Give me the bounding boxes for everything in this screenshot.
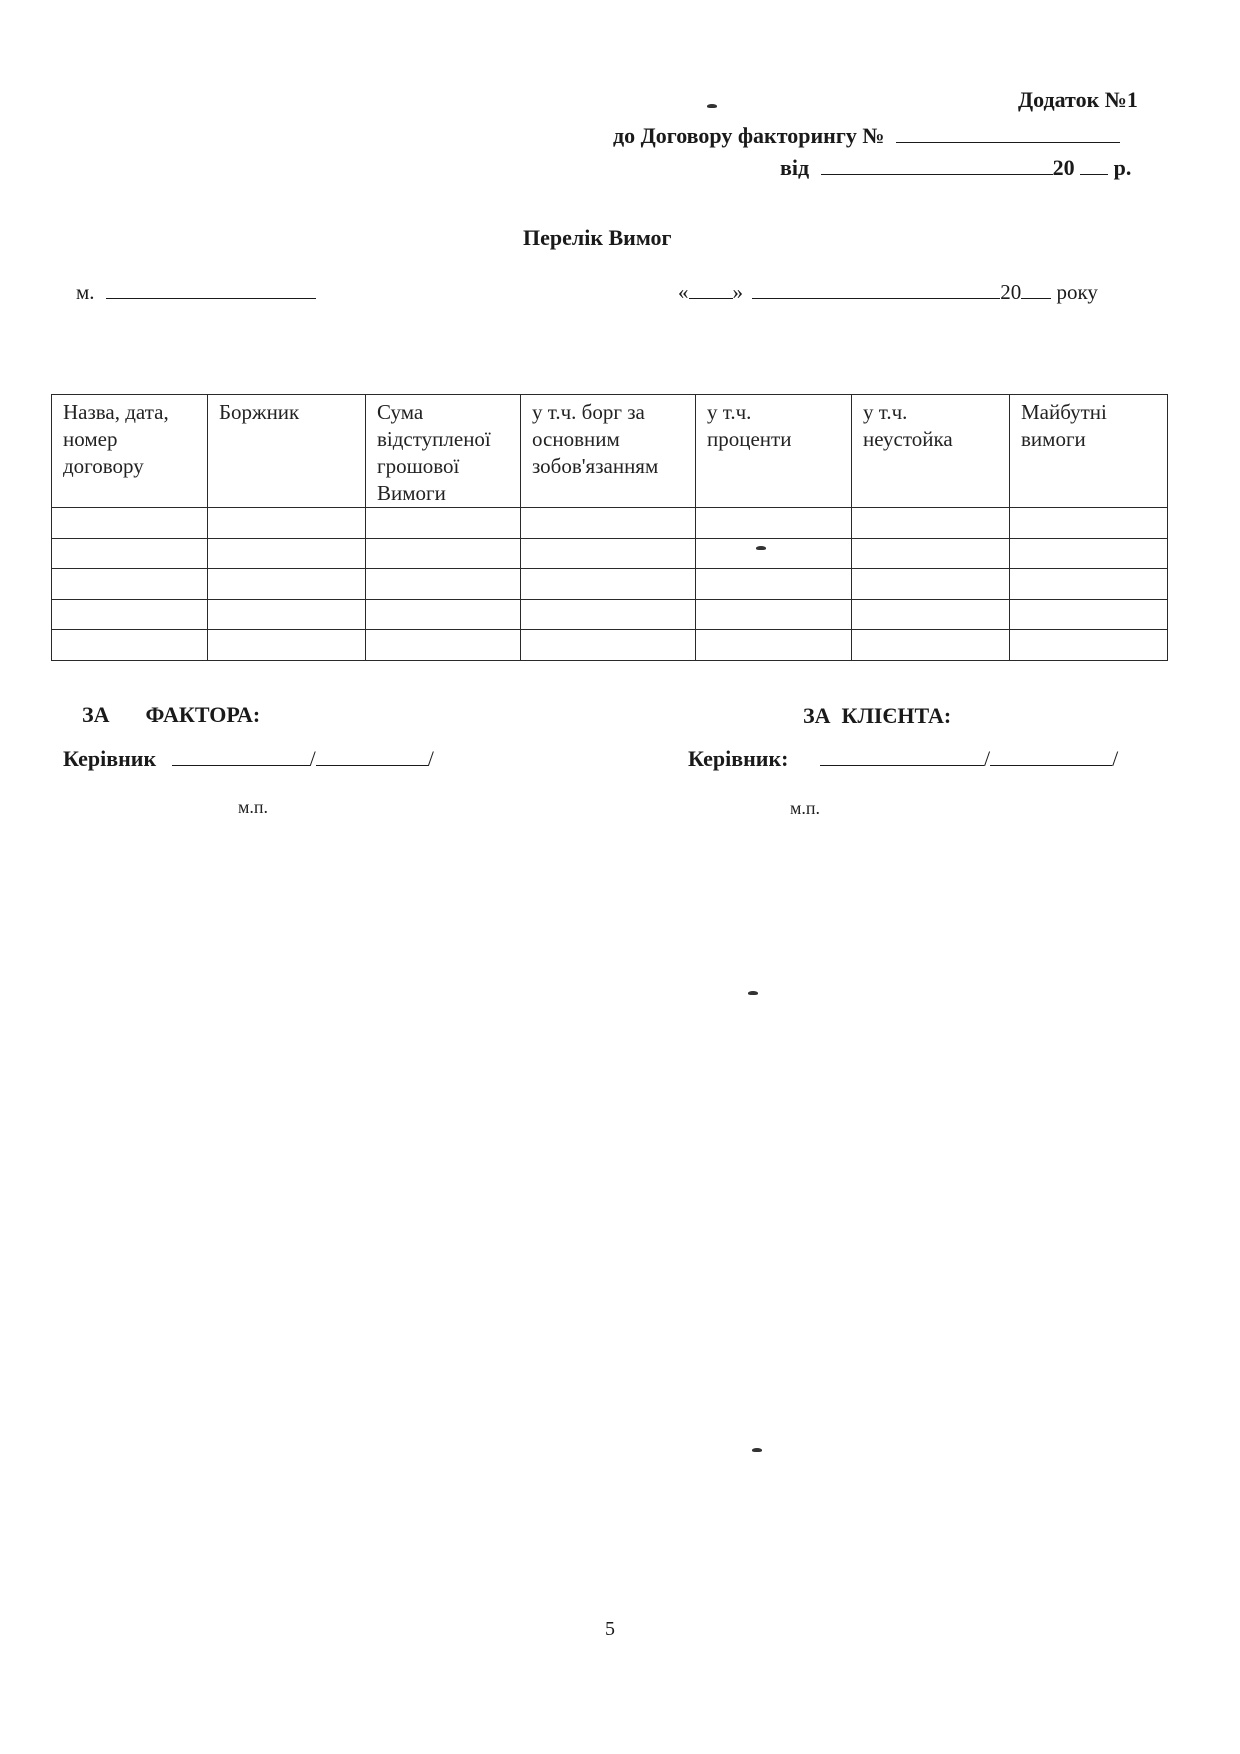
table-cell[interactable]	[521, 538, 696, 569]
column-header-penalty: у т.ч.неустойка	[852, 395, 1010, 508]
table-cell[interactable]	[852, 630, 1010, 661]
table-cell[interactable]	[1010, 538, 1168, 569]
day-blank[interactable]	[689, 297, 733, 299]
table-cell[interactable]	[366, 599, 521, 630]
contract-date-blank[interactable]	[821, 173, 1053, 175]
contract-date-line: від 20 р.	[780, 155, 1131, 181]
table-cell[interactable]	[696, 630, 852, 661]
year-prefix: 20	[1000, 280, 1021, 304]
table-cell[interactable]	[208, 538, 366, 569]
appendix-label: Додаток №1	[1018, 87, 1138, 113]
table-cell[interactable]	[1010, 508, 1168, 539]
contract-line-prefix: до Договору факторингу №	[613, 123, 884, 148]
table-cell[interactable]	[852, 599, 1010, 630]
quote-close: »	[733, 280, 744, 304]
factor-signature-blank[interactable]	[172, 764, 310, 766]
table-row	[52, 630, 1168, 661]
client-stamp-label: м.п.	[790, 798, 820, 819]
table-cell[interactable]	[852, 569, 1010, 600]
table-cell[interactable]	[696, 599, 852, 630]
scan-artifact	[748, 991, 758, 995]
table-cell[interactable]	[521, 630, 696, 661]
table-body	[52, 508, 1168, 661]
client-slash-2: /	[1112, 746, 1118, 771]
scan-artifact	[756, 546, 766, 550]
client-signature-blank[interactable]	[820, 764, 984, 766]
city-blank[interactable]	[106, 297, 316, 299]
date-line-suffix: р.	[1114, 155, 1132, 180]
contract-number-blank[interactable]	[896, 141, 1120, 143]
city-line: м.	[76, 280, 316, 305]
scan-artifact	[752, 1448, 762, 1452]
table-row	[52, 538, 1168, 569]
factor-name-blank[interactable]	[316, 764, 428, 766]
column-header-principal-debt: у т.ч. борг заосновнимзобов'язанням	[521, 395, 696, 508]
table-row	[52, 569, 1168, 600]
factor-signature-line: Керівник //	[63, 746, 434, 772]
table-cell[interactable]	[52, 569, 208, 600]
contract-number-line: до Договору факторингу №	[613, 123, 1120, 149]
factor-heading-part1: ЗА	[82, 702, 110, 727]
page-title: Перелік Вимог	[523, 225, 672, 251]
quote-open: «	[678, 280, 689, 304]
column-header-contract: Назва, дата,номердоговору	[52, 395, 208, 508]
date-line-prefix: від	[780, 155, 809, 180]
table-cell[interactable]	[1010, 630, 1168, 661]
page-number: 5	[605, 1618, 615, 1641]
table-cell[interactable]	[208, 569, 366, 600]
table-cell[interactable]	[852, 538, 1010, 569]
year-blank[interactable]	[1021, 297, 1051, 299]
table-cell[interactable]	[696, 538, 852, 569]
client-slash-1: /	[984, 746, 990, 771]
table-cell[interactable]	[696, 508, 852, 539]
table-cell[interactable]	[366, 508, 521, 539]
table-cell[interactable]	[852, 508, 1010, 539]
table-cell[interactable]	[366, 538, 521, 569]
scan-artifact	[707, 104, 717, 108]
client-role: Керівник:	[688, 746, 788, 771]
column-header-debtor: Боржник	[208, 395, 366, 508]
table-cell[interactable]	[1010, 569, 1168, 600]
table-cell[interactable]	[52, 630, 208, 661]
contract-year-blank[interactable]	[1080, 173, 1108, 175]
factor-slash-2: /	[428, 746, 434, 771]
factor-slash-1: /	[310, 746, 316, 771]
client-name-blank[interactable]	[990, 764, 1112, 766]
month-blank[interactable]	[752, 297, 1000, 299]
table-cell[interactable]	[1010, 599, 1168, 630]
table-cell[interactable]	[208, 630, 366, 661]
requirements-table: Назва, дата,номердоговору Боржник Сумаві…	[51, 394, 1168, 661]
factor-stamp-label: м.п.	[238, 797, 268, 818]
table-row	[52, 508, 1168, 539]
table-cell[interactable]	[208, 508, 366, 539]
table-cell[interactable]	[52, 599, 208, 630]
document-date-line: «» 20 року	[678, 280, 1098, 305]
table-row	[52, 599, 1168, 630]
date-line-year: 20	[1053, 155, 1075, 180]
table-cell[interactable]	[208, 599, 366, 630]
city-prefix: м.	[76, 280, 95, 304]
factor-role: Керівник	[63, 746, 156, 771]
client-heading-text: ЗА КЛІЄНТА:	[803, 703, 951, 728]
table-cell[interactable]	[366, 569, 521, 600]
table-cell[interactable]	[696, 569, 852, 600]
table-cell[interactable]	[52, 538, 208, 569]
factor-heading-part2: ФАКТОРА:	[146, 702, 261, 727]
column-header-future-claims: Майбутнівимоги	[1010, 395, 1168, 508]
table-cell[interactable]	[52, 508, 208, 539]
column-header-assigned-amount: СумавідступленоїгрошовоїВимоги	[366, 395, 521, 508]
client-heading: ЗА КЛІЄНТА:	[803, 703, 951, 729]
factor-heading: ЗАФАКТОРА:	[82, 702, 260, 728]
client-signature-line: Керівник: //	[688, 746, 1118, 772]
table-cell[interactable]	[521, 569, 696, 600]
year-suffix: року	[1057, 280, 1098, 304]
table-cell[interactable]	[521, 508, 696, 539]
column-header-interest: у т.ч.проценти	[696, 395, 852, 508]
table-cell[interactable]	[521, 599, 696, 630]
table-header-row: Назва, дата,номердоговору Боржник Сумаві…	[52, 395, 1168, 508]
table-cell[interactable]	[366, 630, 521, 661]
